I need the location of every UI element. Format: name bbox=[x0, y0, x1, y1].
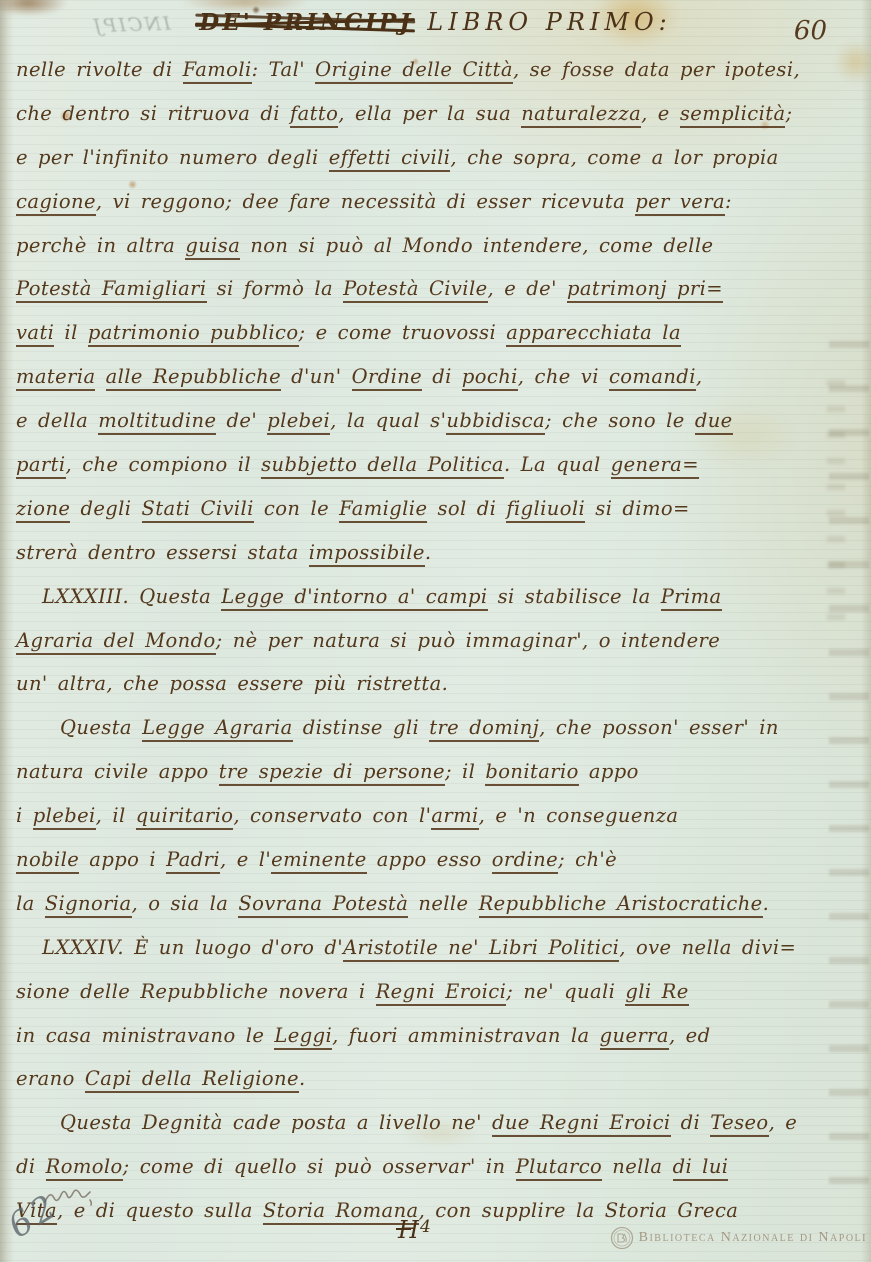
underlined-text: effetti civili bbox=[329, 146, 451, 172]
text-run: , che compiono il bbox=[66, 453, 262, 476]
underlined-text: Sovrana Potestà bbox=[238, 892, 408, 918]
manuscript-line: erano Capi della Religione. bbox=[16, 1057, 841, 1101]
library-stamp-icon bbox=[610, 1226, 634, 1250]
underlined-text: di lui bbox=[673, 1155, 729, 1181]
underlined-text: tre spezie di persone bbox=[219, 760, 445, 786]
underlined-text: guerra bbox=[600, 1024, 669, 1050]
underlined-text: ordine bbox=[492, 848, 558, 874]
underlined-text: naturalezza bbox=[521, 102, 641, 128]
manuscript-line: Potestà Famigliari si formò la Potestà C… bbox=[16, 267, 841, 311]
text-run: ; ne' quali bbox=[506, 980, 625, 1003]
text-run: , e 'n conseguenza bbox=[479, 804, 679, 827]
library-stamp: Biblioteca Nazionale di Napoli bbox=[610, 1226, 867, 1250]
text-run: ; e come truovossi bbox=[299, 321, 507, 344]
text-run: ; il bbox=[445, 760, 485, 783]
underlined-text: quiritario bbox=[136, 804, 234, 830]
text-run: natura civile appo bbox=[16, 760, 219, 783]
underlined-text: impossibile bbox=[309, 541, 425, 567]
underlined-text: Origine delle Città bbox=[315, 58, 513, 84]
text-run: , e bbox=[641, 102, 680, 125]
text-run bbox=[95, 365, 105, 388]
underlined-text: guisa bbox=[185, 234, 240, 260]
binding-gutter bbox=[0, 0, 14, 1262]
underlined-text: nobile bbox=[16, 848, 79, 874]
manuscript-line: strerà dentro essersi stata impossibile. bbox=[16, 531, 841, 575]
manuscript-line: zione degli Stati Civili con le Famiglie… bbox=[16, 487, 841, 531]
text-run: , e l' bbox=[220, 848, 271, 871]
text-run: , ella per la sua bbox=[338, 102, 521, 125]
text-run: , bbox=[696, 365, 703, 388]
text-run: . bbox=[763, 892, 770, 915]
underlined-text: Regni Eroici bbox=[376, 980, 507, 1006]
text-run: , che posson' esser' in bbox=[539, 716, 779, 739]
underlined-text: tre dominj bbox=[429, 716, 539, 742]
text-run: , conservato con l' bbox=[233, 804, 431, 827]
text-run: che dentro si ritruova di bbox=[16, 102, 290, 125]
underlined-text: Leggi bbox=[274, 1024, 332, 1050]
underlined-text: Romolo bbox=[46, 1155, 123, 1181]
text-run: distinse gli bbox=[293, 716, 430, 739]
underlined-text: Legge d'intorno a' campi bbox=[221, 585, 487, 611]
page-header: DE' PRINCIPJ LIBRO PRIMO: bbox=[0, 8, 871, 36]
text-run: appo bbox=[579, 760, 639, 783]
manuscript-line: i plebei, il quiritario, conservato con … bbox=[16, 794, 841, 838]
underlined-text: ubbidisca bbox=[446, 409, 545, 435]
text-run: LXXXIV. È un luogo d'oro d' bbox=[42, 936, 343, 959]
manuscript-line: Agraria del Mondo; nè per natura si può … bbox=[16, 619, 841, 663]
manuscript-line: Questa Legge Agraria distinse gli tre do… bbox=[16, 706, 841, 750]
text-run: sione delle Repubbliche novera i bbox=[16, 980, 376, 1003]
underlined-text: plebei bbox=[267, 409, 330, 435]
text-run: perchè in altra bbox=[16, 234, 185, 257]
manuscript-line: materia alle Repubbliche d'un' Ordine di… bbox=[16, 355, 841, 399]
text-run: . bbox=[299, 1067, 306, 1090]
text-run: . La qual bbox=[504, 453, 611, 476]
underlined-text: Signoria bbox=[45, 892, 132, 918]
text-run: appo esso bbox=[367, 848, 492, 871]
text-run: nelle rivolte di bbox=[16, 58, 183, 81]
underlined-text: Plutarco bbox=[516, 1155, 603, 1181]
underlined-text: Famiglie bbox=[339, 497, 427, 523]
text-run: nelle bbox=[408, 892, 478, 915]
underlined-text: Teseo bbox=[710, 1111, 768, 1137]
text-run: nella bbox=[602, 1155, 672, 1178]
text-run: di bbox=[422, 365, 462, 388]
underlined-text: moltitudine bbox=[98, 409, 216, 435]
text-run: , e bbox=[769, 1111, 798, 1134]
underlined-text: vati bbox=[16, 321, 54, 347]
manuscript-line: nelle rivolte di Famoli: Tal' Origine de… bbox=[16, 48, 841, 92]
underlined-text: genera= bbox=[611, 453, 699, 479]
manuscript-line: un' altra, che possa essere più ristrett… bbox=[16, 662, 841, 706]
underlined-text: patrimonj pri= bbox=[567, 277, 723, 303]
underlined-text: materia bbox=[16, 365, 95, 391]
underlined-text: pochi bbox=[462, 365, 518, 391]
text-run: e della bbox=[16, 409, 98, 432]
text-run: LXXXIII. Questa bbox=[42, 585, 221, 608]
text-run: si stabilisce la bbox=[488, 585, 661, 608]
underlined-text: eminente bbox=[271, 848, 367, 874]
text-run: . bbox=[425, 541, 432, 564]
text-run: , che sopra, come a lor propia bbox=[450, 146, 778, 169]
signature-letter: H bbox=[398, 1216, 420, 1244]
manuscript-line: LXXXIII. Questa Legge d'intorno a' campi… bbox=[16, 575, 841, 619]
text-run: ; nè per natura si può immaginar', o int… bbox=[216, 629, 721, 652]
underlined-text: comandi bbox=[609, 365, 696, 391]
text-run: di bbox=[16, 1155, 46, 1178]
underlined-text: per vera bbox=[635, 190, 725, 216]
manuscript-line: cagione, vi reggono; dee fare necessità … bbox=[16, 180, 841, 224]
text-run: , o sia la bbox=[132, 892, 239, 915]
underlined-text: Famoli bbox=[183, 58, 252, 84]
text-run: d'un' bbox=[281, 365, 352, 388]
text-run: sol di bbox=[427, 497, 506, 520]
text-run: , fuori amministravan la bbox=[332, 1024, 600, 1047]
underlined-text: fatto bbox=[290, 102, 338, 128]
text-run: degli bbox=[70, 497, 141, 520]
manuscript-line: vati il patrimonio pubblico; e come truo… bbox=[16, 311, 841, 355]
text-run: , la qual s' bbox=[330, 409, 446, 432]
underlined-text: Capi della Religione bbox=[85, 1067, 299, 1093]
underlined-text: due bbox=[695, 409, 733, 435]
underlined-text: plebei bbox=[33, 804, 96, 830]
manuscript-line: in casa ministravano le Leggi, fuori amm… bbox=[16, 1014, 841, 1058]
underlined-text: Repubbliche Aristocratiche bbox=[479, 892, 763, 918]
underlined-text: Stati Civili bbox=[142, 497, 254, 523]
text-run: ; che sono le bbox=[545, 409, 695, 432]
text-run: ; come di quello si può osservar' in bbox=[123, 1155, 516, 1178]
signature-digit: 4 bbox=[420, 1217, 432, 1237]
manuscript-line: natura civile appo tre spezie di persone… bbox=[16, 750, 841, 794]
text-run: : Tal' bbox=[252, 58, 315, 81]
underlined-text: bonitario bbox=[485, 760, 578, 786]
manuscript-line: e della moltitudine de' plebei, la qual … bbox=[16, 399, 841, 443]
text-run: in casa ministravano le bbox=[16, 1024, 274, 1047]
underlined-text: Agraria del Mondo bbox=[16, 629, 216, 655]
text-run: di bbox=[671, 1111, 711, 1134]
underlined-text: apparecchiata la bbox=[506, 321, 681, 347]
text-run: , ove nella divi= bbox=[619, 936, 796, 959]
text-run: il bbox=[54, 321, 87, 344]
manuscript-line: Questa Degnità cade posta a livello ne' … bbox=[16, 1101, 841, 1145]
text-run: , con supplire la Storia Greca bbox=[419, 1199, 739, 1222]
underlined-text: Prima bbox=[661, 585, 722, 611]
text-run: ; ch'è bbox=[558, 848, 617, 871]
manuscript-page: INCIPJ DE' PRINCIPJ LIBRO PRIMO: 60 nell… bbox=[0, 0, 871, 1262]
underlined-text: subbjetto della Politica bbox=[261, 453, 504, 479]
underlined-text: Padri bbox=[166, 848, 220, 874]
underlined-text: due Regni Eroici bbox=[492, 1111, 671, 1137]
underlined-text: gli Re bbox=[625, 980, 688, 1006]
underlined-text: alle Repubbliche bbox=[106, 365, 281, 391]
text-run: con le bbox=[254, 497, 339, 520]
page-title: LIBRO PRIMO: bbox=[427, 8, 671, 36]
underlined-text: parti bbox=[16, 453, 66, 479]
text-run: ; bbox=[785, 102, 792, 125]
manuscript-line: che dentro si ritruova di fatto, ella pe… bbox=[16, 92, 841, 136]
folio-number: 60 bbox=[794, 16, 827, 46]
text-run: Questa Degnità cade posta a livello ne' bbox=[60, 1111, 492, 1134]
underlined-text: Legge Agraria bbox=[142, 716, 293, 742]
manuscript-line: perchè in altra guisa non si può al Mond… bbox=[16, 224, 841, 268]
underlined-text: Potestà Civile bbox=[343, 277, 487, 303]
text-run: , e de' bbox=[488, 277, 567, 300]
underlined-text: zione bbox=[16, 497, 70, 523]
text-run: , il bbox=[96, 804, 136, 827]
text-run: , ed bbox=[669, 1024, 711, 1047]
text-run: , vi reggono; dee fare necessità di esse… bbox=[96, 190, 635, 213]
underlined-text: Storia Romana bbox=[263, 1199, 419, 1225]
library-stamp-text: Biblioteca Nazionale di Napoli bbox=[639, 1230, 867, 1246]
text-run: de' bbox=[216, 409, 267, 432]
text-run: Questa bbox=[60, 716, 142, 739]
underlined-text: patrimonio pubblico bbox=[88, 321, 299, 347]
text-run: la bbox=[16, 892, 45, 915]
text-run: appo i bbox=[79, 848, 166, 871]
underlined-text: semplicità bbox=[680, 102, 786, 128]
text-run: e per l'infinito numero degli bbox=[16, 146, 329, 169]
underlined-text: Aristotile ne' Libri Politici bbox=[343, 936, 619, 962]
underlined-text: Ordine bbox=[352, 365, 423, 391]
quire-signature: H4 bbox=[398, 1216, 432, 1244]
struck-title: DE' PRINCIPJ bbox=[199, 9, 413, 36]
manuscript-line: sione delle Repubbliche novera i Regni E… bbox=[16, 970, 841, 1014]
text-run: : bbox=[725, 190, 732, 213]
manuscript-line: nobile appo i Padri, e l'eminente appo e… bbox=[16, 838, 841, 882]
manuscript-line: parti, che compiono il subbjetto della P… bbox=[16, 443, 841, 487]
manuscript-body: nelle rivolte di Famoli: Tal' Origine de… bbox=[16, 48, 841, 1233]
underlined-text: Potestà Famigliari bbox=[16, 277, 207, 303]
text-run: , se fosse data per ipotesi, bbox=[513, 58, 800, 81]
text-run: un' altra, che possa essere più ristrett… bbox=[16, 672, 448, 695]
text-run: si dimo= bbox=[585, 497, 690, 520]
manuscript-line: la Signoria, o sia la Sovrana Potestà ne… bbox=[16, 882, 841, 926]
text-run: strerà dentro essersi stata bbox=[16, 541, 309, 564]
underlined-text: cagione bbox=[16, 190, 96, 216]
manuscript-line: di Romolo; come di quello si può osserva… bbox=[16, 1145, 841, 1189]
text-run: si formò la bbox=[207, 277, 344, 300]
underlined-text: figliuoli bbox=[506, 497, 585, 523]
manuscript-line: LXXXIV. È un luogo d'oro d'Aristotile ne… bbox=[16, 926, 841, 970]
underlined-text: armi bbox=[431, 804, 478, 830]
manuscript-line: e per l'infinito numero degli effetti ci… bbox=[16, 136, 841, 180]
text-run: , che vi bbox=[518, 365, 609, 388]
text-run: non si può al Mondo intendere, come dell… bbox=[240, 234, 713, 257]
text-run: i bbox=[16, 804, 33, 827]
text-run: erano bbox=[16, 1067, 85, 1090]
